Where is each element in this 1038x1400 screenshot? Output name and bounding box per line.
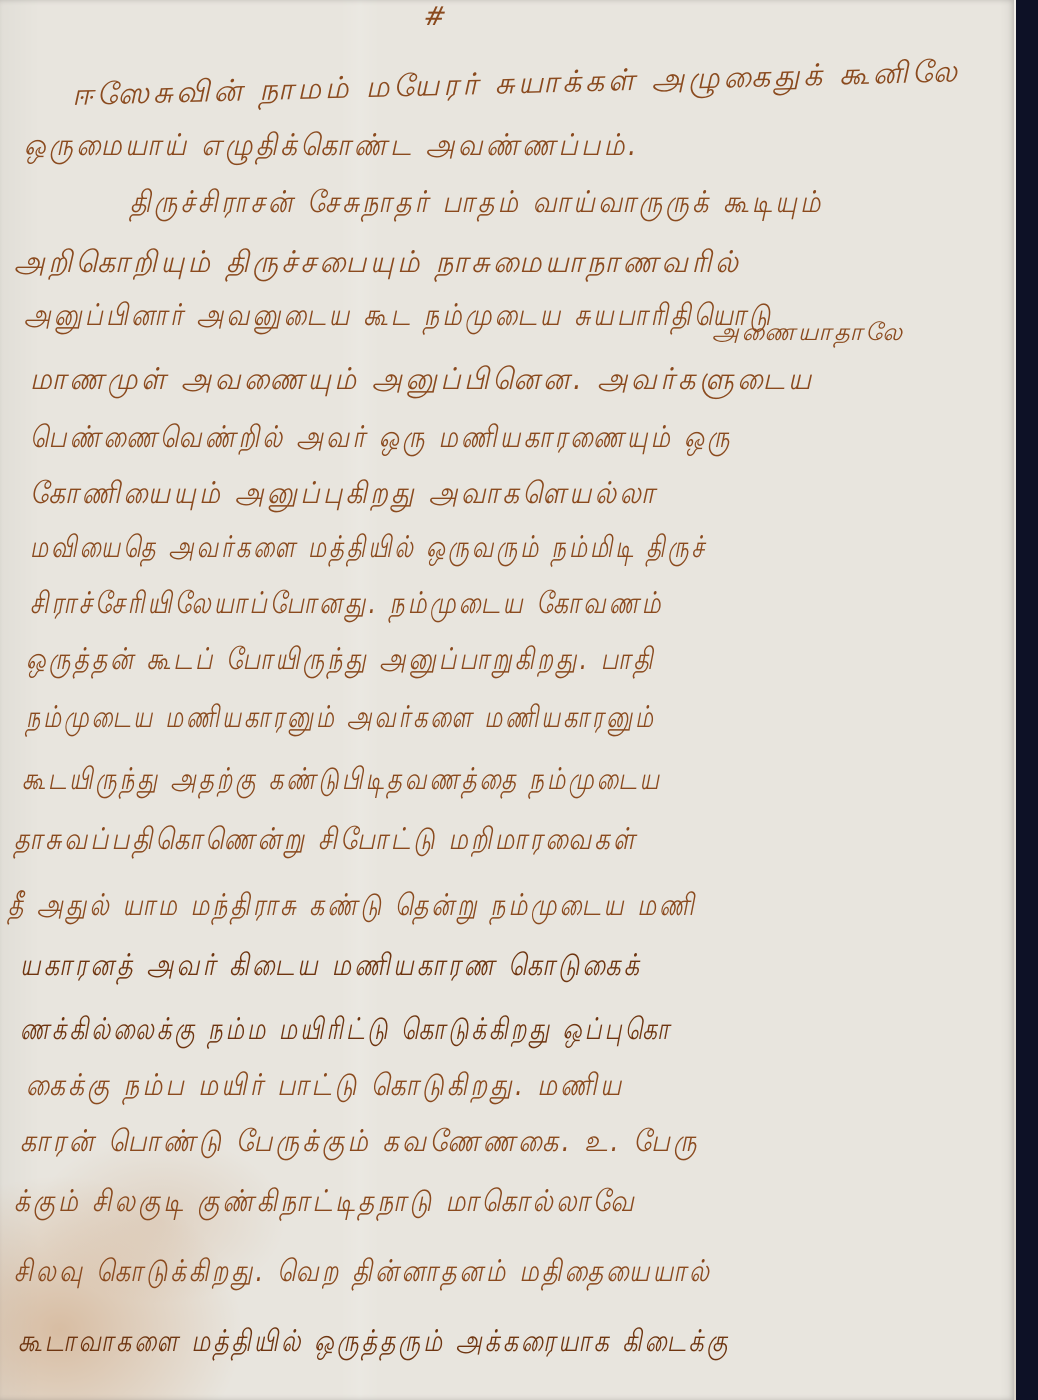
manuscript-line-15: தீ அதுல் யாம மந்திராசு கண்டு தென்று நம்ம…: [8, 888, 697, 927]
manuscript-line-14: தாசுவப்பதிகொணென்று சிபோட்டு மறிமாரவைகள்: [14, 822, 638, 861]
manuscript-line-13: கூடயிருந்து அதற்கு கண்டுபிடிதவணத்தை நம்ம…: [22, 762, 662, 801]
manuscript-line-5: அனுப்பினார் அவனுடைய கூட நம்முடைய சுயபாரி…: [24, 298, 774, 337]
manuscript-line-17: ணக்கில்லைக்கு நம்ம மயிரிட்டு கொடுக்கிறது…: [20, 1012, 672, 1051]
manuscript-line-18: கைக்கு நம்ப மயிர் பாட்டு கொடுகிறது. மணிய: [26, 1068, 625, 1107]
manuscript-page: # ஈஸேசுவின் நாமம் மயேரர் சுயாக்கள் அழுகை…: [0, 0, 1016, 1400]
manuscript-line-3: திருச்சிராசன் சேசுநாதர் பாதம் வாய்வாருரு…: [130, 185, 824, 224]
manuscript-line-8: கோணியையும் அனுப்புகிறது அவாகளெயல்லா: [30, 476, 658, 515]
manuscript-line-9: மவியைதெ அவர்களை மத்தியில் ஒருவரும் நம்மி…: [30, 530, 707, 569]
manuscript-line-19: காரன் பொண்டு பேருக்கும் கவணேணகை. உ. பேரு: [20, 1124, 700, 1163]
manuscript-line-6: மாணமுள் அவணையும் அனுப்பினென. அவர்களுடைய: [30, 362, 815, 401]
manuscript-line-11: ஒருத்தன் கூடப் போயிருந்து அனுப்பாறுகிறது…: [26, 642, 656, 681]
manuscript-line-20: க்கும் சிலகுடி குண்கிநாட்டிதநாடு மாகொல்ல…: [14, 1184, 637, 1223]
manuscript-line-1: ஈஸேசுவின் நாமம் மயேரர் சுயாக்கள் அழுகைது…: [71, 54, 961, 117]
manuscript-line-16: யகாரனத் அவர் கிடைய மணியகாரண கொடுகைக்: [20, 948, 642, 987]
paper-edge: [1014, 0, 1016, 1400]
manuscript-line-7: பெண்ணைவெண்றில் அவர் ஒரு மணியகாரணையும் ஒர…: [30, 420, 733, 459]
manuscript-line-22: கூடாவாகளை மத்தியில் ஒருத்தரும் அக்கரையாக…: [18, 1324, 730, 1363]
manuscript-line-2: ஒருமையாய் எழுதிக்கொண்ட அவண்ணப்பம்.: [24, 128, 640, 167]
page-mark: #: [421, 2, 449, 32]
interlinear-insert: அணையாதாலே: [712, 318, 905, 349]
manuscript-line-12: நம்முடைய மணியகாரனும் அவர்களை மணியகாரனும்: [26, 700, 656, 739]
manuscript-line-21: சிலவு கொடுக்கிறது. வெற தின்னாதனம் மதிதைய…: [14, 1254, 712, 1293]
manuscript-line-10: சிராச்சேரியிலேயாப்போனது. நம்முடைய கோவணம்: [30, 586, 664, 625]
manuscript-line-4: அறிகொறியும் திருச்சபையும் நாசுமையாநாணவரி…: [14, 245, 742, 284]
